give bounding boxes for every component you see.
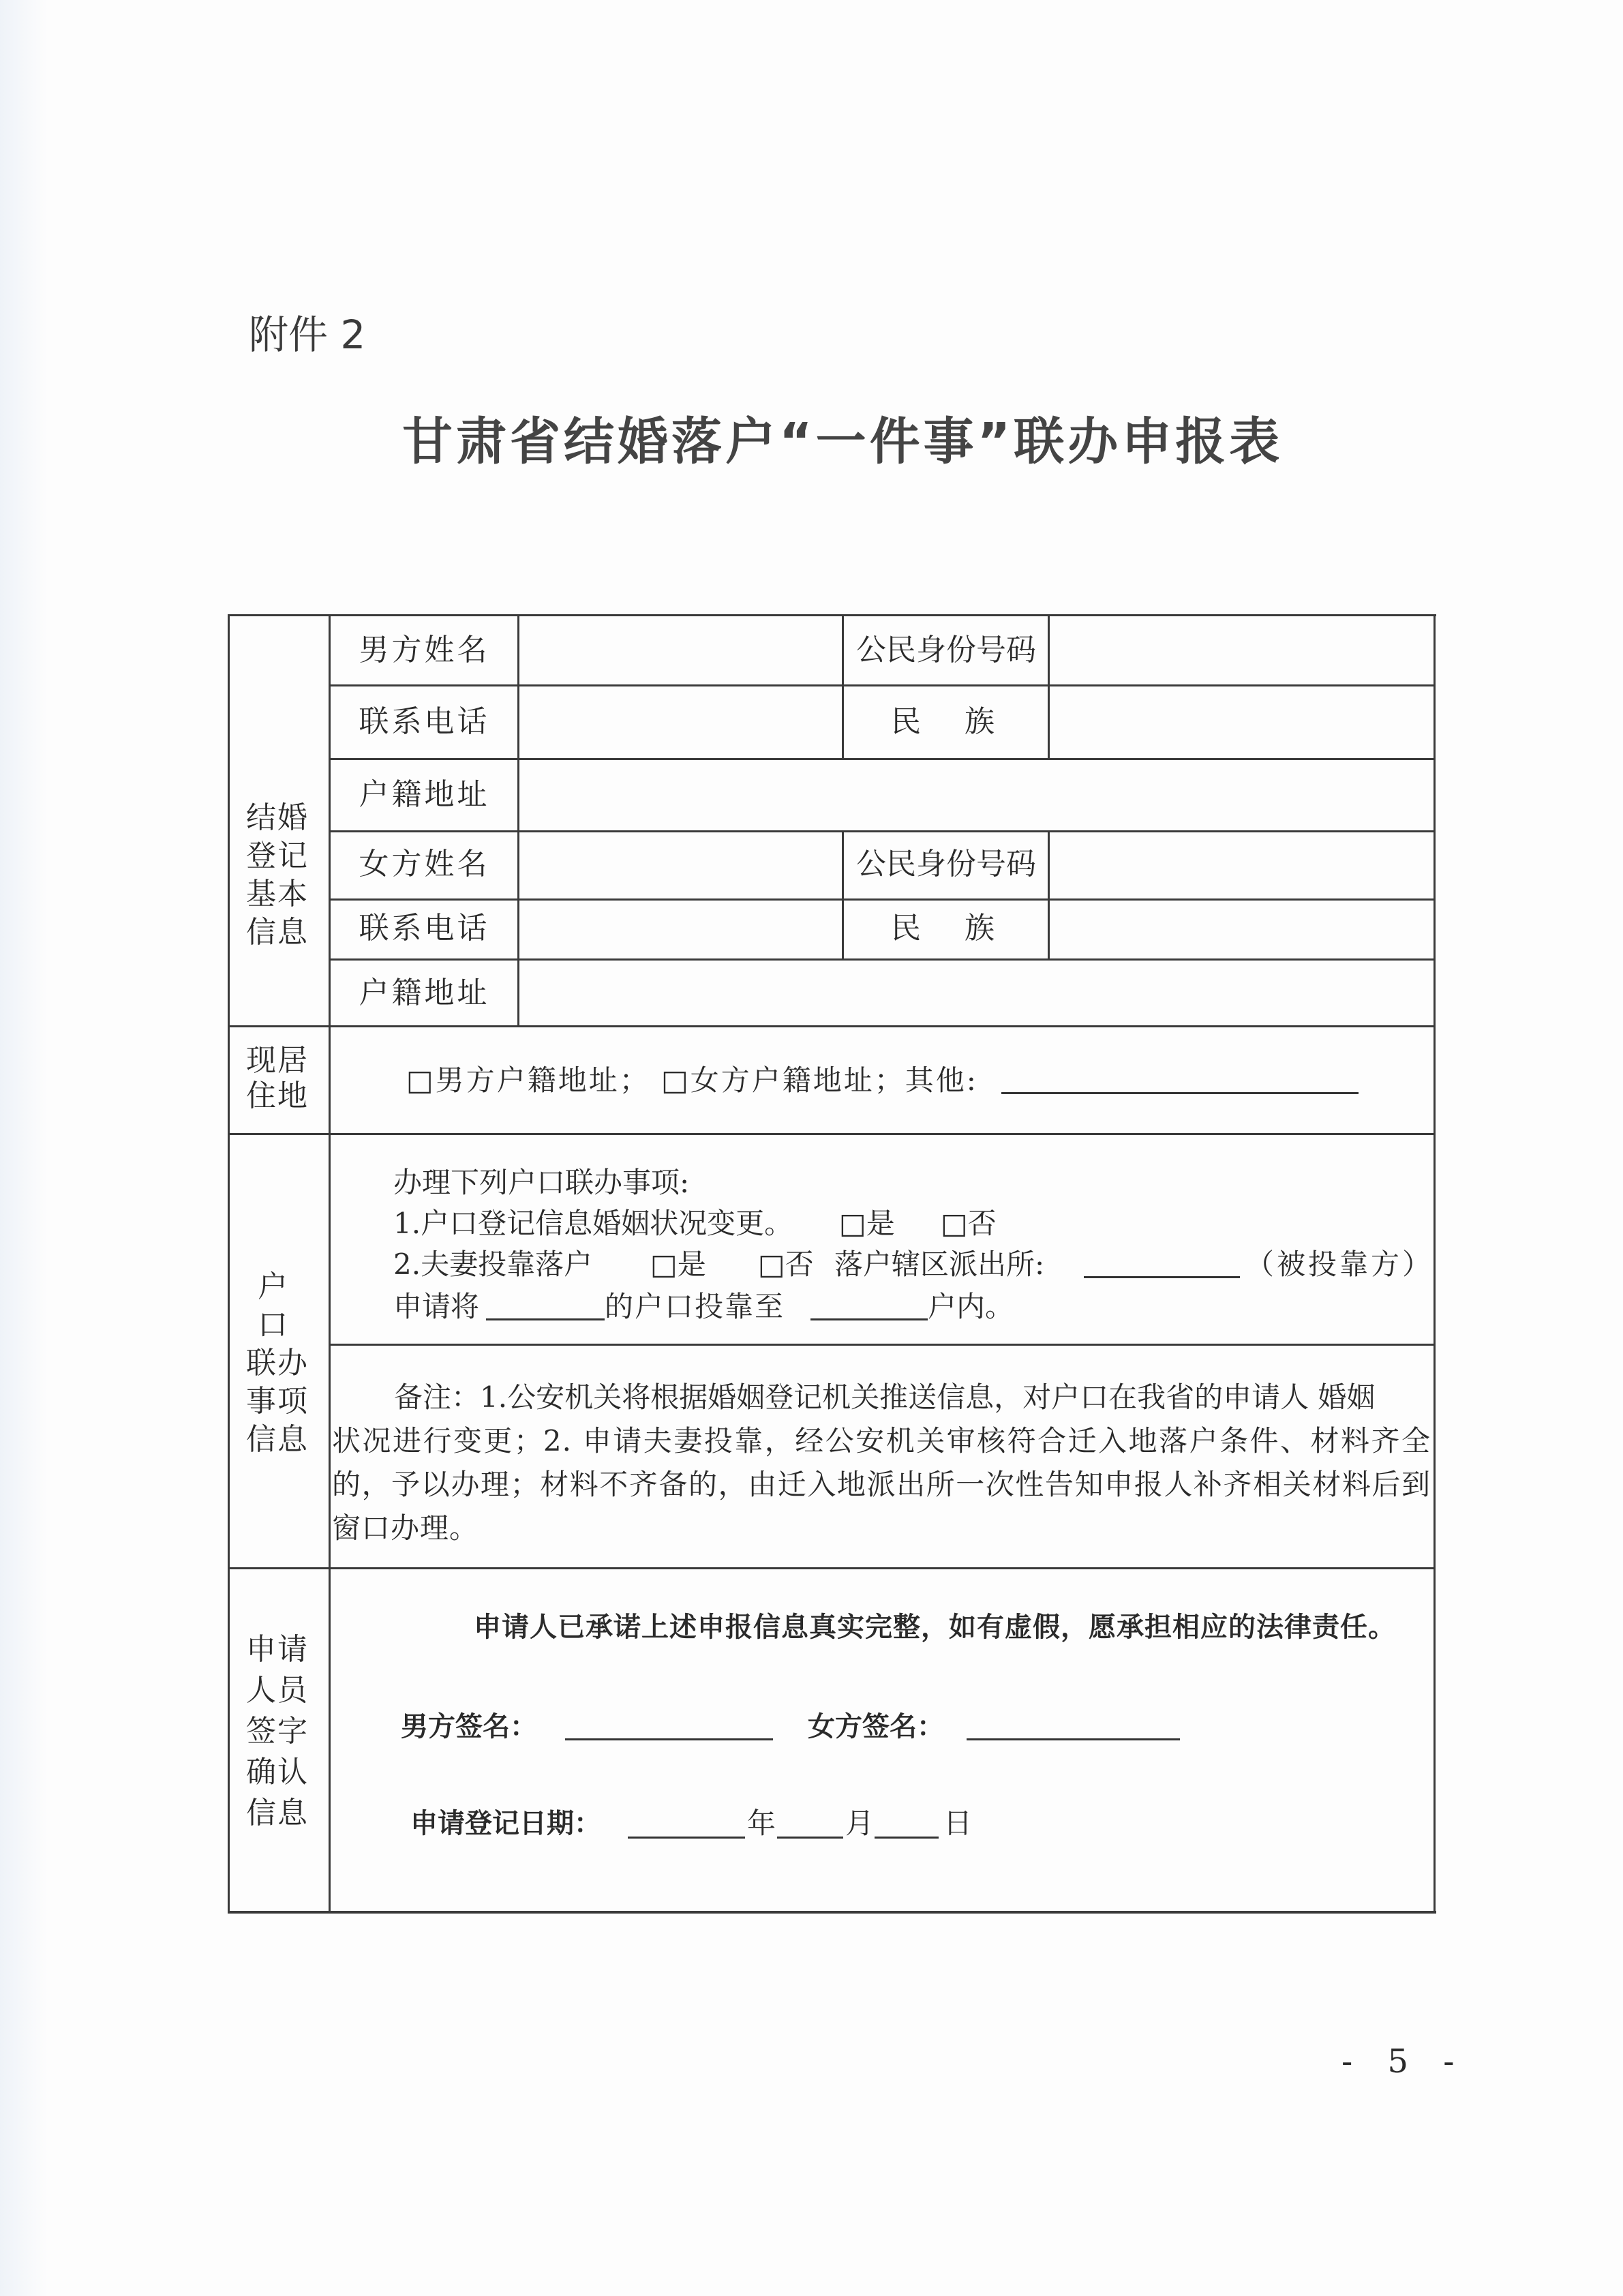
section-label-marriage: 结婚 登记 基本 信息	[240, 799, 315, 952]
day-label: 日	[943, 1807, 972, 1841]
male-address-label: 户籍地址	[331, 778, 518, 812]
station-label: 落户辖区派出所:	[834, 1248, 1044, 1282]
residence-options: □男方户籍地址； □女方户籍地址；其他:	[406, 1063, 978, 1098]
attachment-label: 附件 2	[249, 312, 365, 357]
female-ethnicity-label: 民 族	[844, 911, 1048, 946]
hukou-item-2: 2.夫妻投靠落户 □是 □否 落户辖区派出所: （被投靠方）	[393, 1248, 1434, 1282]
hukou-note-line-1: 备注：1.公安机关将根据婚姻登记机关推送信息，对户口在我省的申请人 婚姻	[332, 1376, 1431, 1419]
apply-middle: 的户口投靠至	[605, 1290, 785, 1324]
section-divider	[228, 1133, 1435, 1135]
other-residence-field[interactable]	[1001, 1068, 1359, 1094]
station-field[interactable]	[1084, 1253, 1240, 1278]
female-phone-field[interactable]	[519, 901, 842, 958]
hukou-item-1: 1.户口登记信息婚姻状况变更。 □是 □否	[393, 1207, 793, 1241]
pledge-statement: 申请人已承诺上述申报信息真实完整，如有虚假，愿承担相应的法律责任。	[474, 1610, 1396, 1644]
item2-no-label: 否	[785, 1248, 814, 1281]
table-border-left	[228, 614, 230, 1914]
section-label-hukou: 户口 联办 事项 信息	[240, 1268, 315, 1459]
male-ethnicity-label: 民 族	[844, 705, 1048, 739]
male-name-label: 男方姓名	[331, 633, 518, 667]
section-label-signature: 申请 人员 签字 确认 信息	[240, 1629, 315, 1834]
male-address-field[interactable]	[519, 760, 1434, 830]
item2-yes-label: 是	[678, 1248, 706, 1281]
scan-edge-shading	[0, 0, 48, 2296]
option-other-label: 其他:	[905, 1063, 978, 1097]
form-title: 甘肃省结婚落户“一件事”联办申报表	[402, 413, 1283, 470]
apply-person-field[interactable]	[486, 1295, 605, 1320]
option-female-address-label: 女方户籍地址；	[691, 1063, 905, 1097]
male-name-field[interactable]	[519, 616, 842, 684]
female-address-label: 户籍地址	[331, 976, 518, 1010]
item1-no-checkbox[interactable]: □	[941, 1207, 968, 1240]
female-id-field[interactable]	[1050, 832, 1434, 898]
male-phone-label: 联系电话	[331, 705, 518, 739]
item2-no-checkbox[interactable]: □	[758, 1248, 785, 1281]
apply-prefix: 申请将	[393, 1290, 479, 1323]
female-ethnicity-field[interactable]	[1050, 901, 1434, 958]
section-label-residence: 现居 住地	[240, 1043, 315, 1114]
female-id-label: 公民身份号码	[844, 847, 1048, 881]
item1-yes-checkbox[interactable]: □	[839, 1207, 866, 1240]
item2-yes-checkbox[interactable]: □	[650, 1248, 678, 1281]
table-border-bottom	[228, 1911, 1436, 1914]
female-name-field[interactable]	[519, 832, 842, 898]
female-phone-label: 联系电话	[331, 911, 518, 946]
male-signature-label: 男方签名：	[401, 1710, 537, 1744]
male-ethnicity-field[interactable]	[1050, 686, 1434, 758]
female-signature-field[interactable]	[967, 1714, 1180, 1740]
male-id-field[interactable]	[1050, 616, 1434, 684]
male-signature-field[interactable]	[565, 1714, 773, 1740]
male-phone-field[interactable]	[519, 686, 842, 758]
item1-no-label: 否	[968, 1207, 997, 1240]
hukou-note-body: 状况进行变更；2. 申请夫妻投靠，经公安机关审核符合迁入地落户条件、材料齐全的，…	[332, 1419, 1431, 1550]
station-suffix: （被投靠方）	[1245, 1248, 1434, 1282]
date-year-field[interactable]	[628, 1812, 745, 1839]
female-signature-label: 女方签名：	[808, 1710, 944, 1744]
year-label: 年	[747, 1807, 776, 1841]
apply-target-field[interactable]	[810, 1295, 928, 1320]
option-male-address-label: 男方户籍地址；	[436, 1063, 650, 1097]
female-address-field[interactable]	[519, 961, 1434, 1025]
item1-yes-label: 是	[866, 1207, 895, 1240]
date-day-field[interactable]	[875, 1812, 939, 1839]
date-month-field[interactable]	[777, 1812, 843, 1839]
item1-text: 1.户口登记信息婚姻状况变更。	[393, 1207, 793, 1240]
hukou-intro: 办理下列户口联办事项:	[393, 1166, 689, 1200]
checkbox-male-address[interactable]: □	[406, 1063, 436, 1097]
item2-text: 2.夫妻投靠落户	[393, 1248, 592, 1281]
page-number: - 5 -	[1341, 2042, 1467, 2081]
checkbox-female-address[interactable]: □	[661, 1063, 691, 1097]
section-divider	[228, 1025, 1435, 1027]
apply-suffix: 户内。	[928, 1290, 1014, 1324]
male-id-label: 公民身份号码	[844, 633, 1048, 667]
female-name-label: 女方姓名	[331, 847, 518, 881]
section-divider	[228, 1567, 1435, 1569]
hukou-note-divider	[329, 1344, 1434, 1346]
date-label: 申请登记日期：	[410, 1807, 601, 1841]
month-label: 月	[845, 1807, 874, 1841]
